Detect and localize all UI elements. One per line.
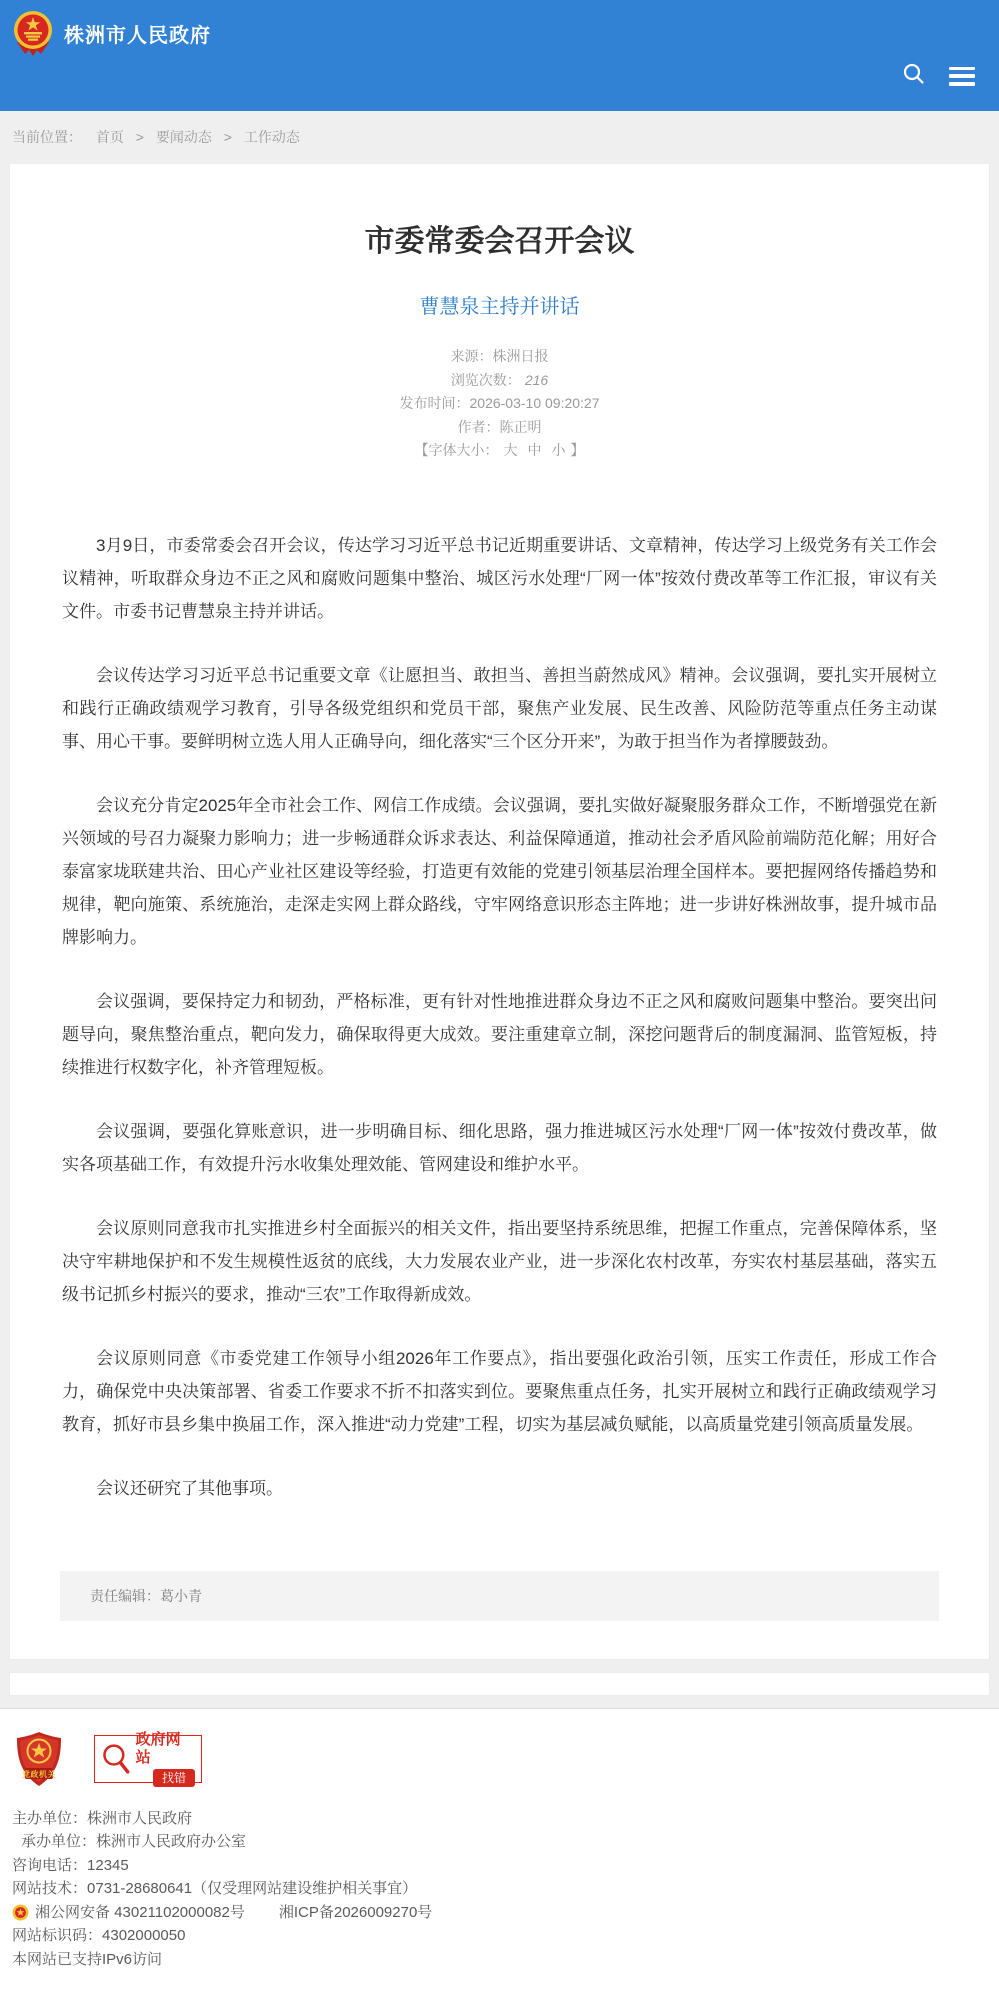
meta-publish-value: 2026-03-10 09:20:27 [470, 395, 600, 411]
article-meta: 来源：株洲日报 浏览次数：216 发布时间：2026-03-10 09:20:2… [40, 345, 959, 463]
police-badge-icon [12, 1904, 29, 1921]
article-body: 3月9日，市委常委会召开会议，传达学习习近平总书记近期重要讲话、文章精神，传达学… [62, 529, 937, 1505]
menu-icon[interactable] [949, 67, 975, 86]
footer-tech-value: 0731-28680641（仅受理网站建设维护相关事宜） [87, 1880, 417, 1897]
security-record-link[interactable]: 湘公网安备 43021102000082号 [35, 1901, 245, 1925]
article-card: 市委常委会召开会议 曹慧泉主持并讲话 来源：株洲日报 浏览次数：216 发布时间… [9, 163, 990, 1660]
footer-ipv6: 本网站已支持IPv6访问 [12, 1948, 987, 1972]
footer-sponsor-label: 主办单位： [12, 1810, 87, 1827]
meta-source-label: 来源： [451, 348, 493, 364]
paragraph: 会议原则同意《市委党建工作领导小组2026年工作要点》，指出要强化政治引领，压实… [62, 1342, 937, 1441]
meta-source: 来源：株洲日报 [40, 345, 959, 369]
editor-label: 责任编辑： [90, 1588, 160, 1604]
meta-views-label: 浏览次数： [451, 372, 521, 388]
search-icon[interactable] [902, 62, 925, 90]
footer-site-code-value: 4302000050 [102, 1927, 185, 1944]
fontsize-large-button[interactable]: 大 [504, 442, 518, 458]
icp-record-link[interactable]: 湘ICP备2026009270号 [279, 1901, 432, 1925]
footer-phone-label: 咨询电话： [12, 1857, 87, 1874]
site-title[interactable]: 株洲市人民政府 [64, 19, 211, 48]
meta-views-value: 216 [525, 372, 548, 388]
paragraph: 会议原则同意我市扎实推进乡村全面振兴的相关文件，指出要坚持系统思维，把握工作重点… [62, 1212, 937, 1311]
footer-ipv6-note: 本网站已支持IPv6访问 [12, 1951, 162, 1968]
meta-source-value: 株洲日报 [493, 348, 549, 364]
article-title: 市委常委会召开会议 [40, 216, 959, 260]
paragraph: 会议还研究了其他事项。 [62, 1472, 937, 1505]
meta-publish-label: 发布时间： [400, 395, 470, 411]
site-header: 株洲市人民政府 [0, 0, 999, 111]
editor-name: 葛小青 [160, 1588, 202, 1604]
logo-row: 株洲市人民政府 [0, 0, 999, 56]
breadcrumb-separator: > [224, 129, 232, 145]
site-error-badge-text: 政府网站 找错 [136, 1731, 195, 1787]
gov-site-label: 政府网站 [136, 1731, 195, 1767]
breadcrumb-news-link[interactable]: 要闻动态 [156, 129, 212, 145]
fontsize-label: 【字体大小： [415, 442, 499, 458]
fontsize-small-button[interactable]: 小 [552, 442, 566, 458]
national-emblem-icon[interactable] [12, 10, 54, 56]
party-gov-badge-label: 党政机关 [14, 1769, 64, 1780]
magnifier-icon [101, 1742, 131, 1776]
breadcrumb-home-link[interactable]: 首页 [96, 129, 124, 145]
fontsize-medium-button[interactable]: 中 [528, 442, 542, 458]
breadcrumb-workdyn-link[interactable]: 工作动态 [244, 129, 300, 145]
meta-author: 作者：陈正明 [40, 416, 959, 440]
paragraph: 会议传达学习习近平总书记重要文章《让愿担当、敢担当、善担当蔚然成风》精神。会议强… [62, 659, 937, 758]
footer-badges: 党政机关 政府网站 找错 [14, 1731, 987, 1787]
paragraph: 会议强调，要保持定力和韧劲，严格标准，更有针对性地推进群众身边不正之风和腐败问题… [62, 985, 937, 1084]
paragraph: 会议强调，要强化算账意识，进一步明确目标、细化思路，强力推进城区污水处理“厂网一… [62, 1115, 937, 1181]
site-footer: 党政机关 政府网站 找错 主办单位：株洲市人民政府 承办单位：株洲市人民政府办公… [0, 1708, 999, 2011]
find-error-label: 找错 [153, 1769, 195, 1787]
editor-box: 责任编辑：葛小青 [60, 1571, 939, 1621]
header-actions [902, 62, 975, 90]
meta-publish-time: 发布时间：2026-03-10 09:20:27 [40, 392, 959, 416]
footer-tech: 网站技术：0731-28680641（仅受理网站建设维护相关事宜） [12, 1877, 987, 1901]
footer-phone: 咨询电话：12345 [12, 1854, 987, 1878]
meta-views: 浏览次数：216 [40, 369, 959, 393]
content-bottom-bar [9, 1672, 990, 1696]
footer-site-code: 网站标识码：4302000050 [12, 1924, 987, 1948]
fontsize-close-bracket: 】 [571, 442, 585, 458]
party-gov-badge[interactable]: 党政机关 [14, 1731, 64, 1787]
breadcrumb: 当前位置： 首页 > 要闻动态 > 工作动态 [0, 111, 999, 159]
footer-site-code-label: 网站标识码： [12, 1927, 102, 1944]
footer-records: 湘公网安备 43021102000082号 湘ICP备2026009270号 [12, 1901, 987, 1925]
footer-organizer-value: 株洲市人民政府办公室 [96, 1833, 246, 1850]
footer-tech-label: 网站技术： [12, 1880, 87, 1897]
article-subtitle: 曹慧泉主持并讲话 [40, 290, 959, 319]
footer-sponsor: 主办单位：株洲市人民政府 [12, 1807, 987, 1831]
breadcrumb-label: 当前位置： [12, 129, 82, 145]
footer-info: 主办单位：株洲市人民政府 承办单位：株洲市人民政府办公室 咨询电话：12345 … [12, 1807, 987, 1972]
meta-fontsize: 【字体大小：大中小】 [40, 439, 959, 463]
footer-organizer-label: 承办单位： [21, 1833, 96, 1850]
footer-organizer: 承办单位：株洲市人民政府办公室 [12, 1830, 987, 1854]
footer-phone-value: 12345 [87, 1857, 129, 1874]
site-error-report-badge[interactable]: 政府网站 找错 [94, 1735, 202, 1783]
meta-author-label: 作者： [458, 419, 500, 435]
paragraph: 会议充分肯定2025年全市社会工作、网信工作成绩。会议强调，要扎实做好凝聚服务群… [62, 789, 937, 954]
footer-sponsor-value: 株洲市人民政府 [87, 1810, 192, 1827]
breadcrumb-separator: > [136, 129, 144, 145]
meta-author-value: 陈正明 [500, 419, 542, 435]
paragraph: 3月9日，市委常委会召开会议，传达学习习近平总书记近期重要讲话、文章精神，传达学… [62, 529, 937, 628]
